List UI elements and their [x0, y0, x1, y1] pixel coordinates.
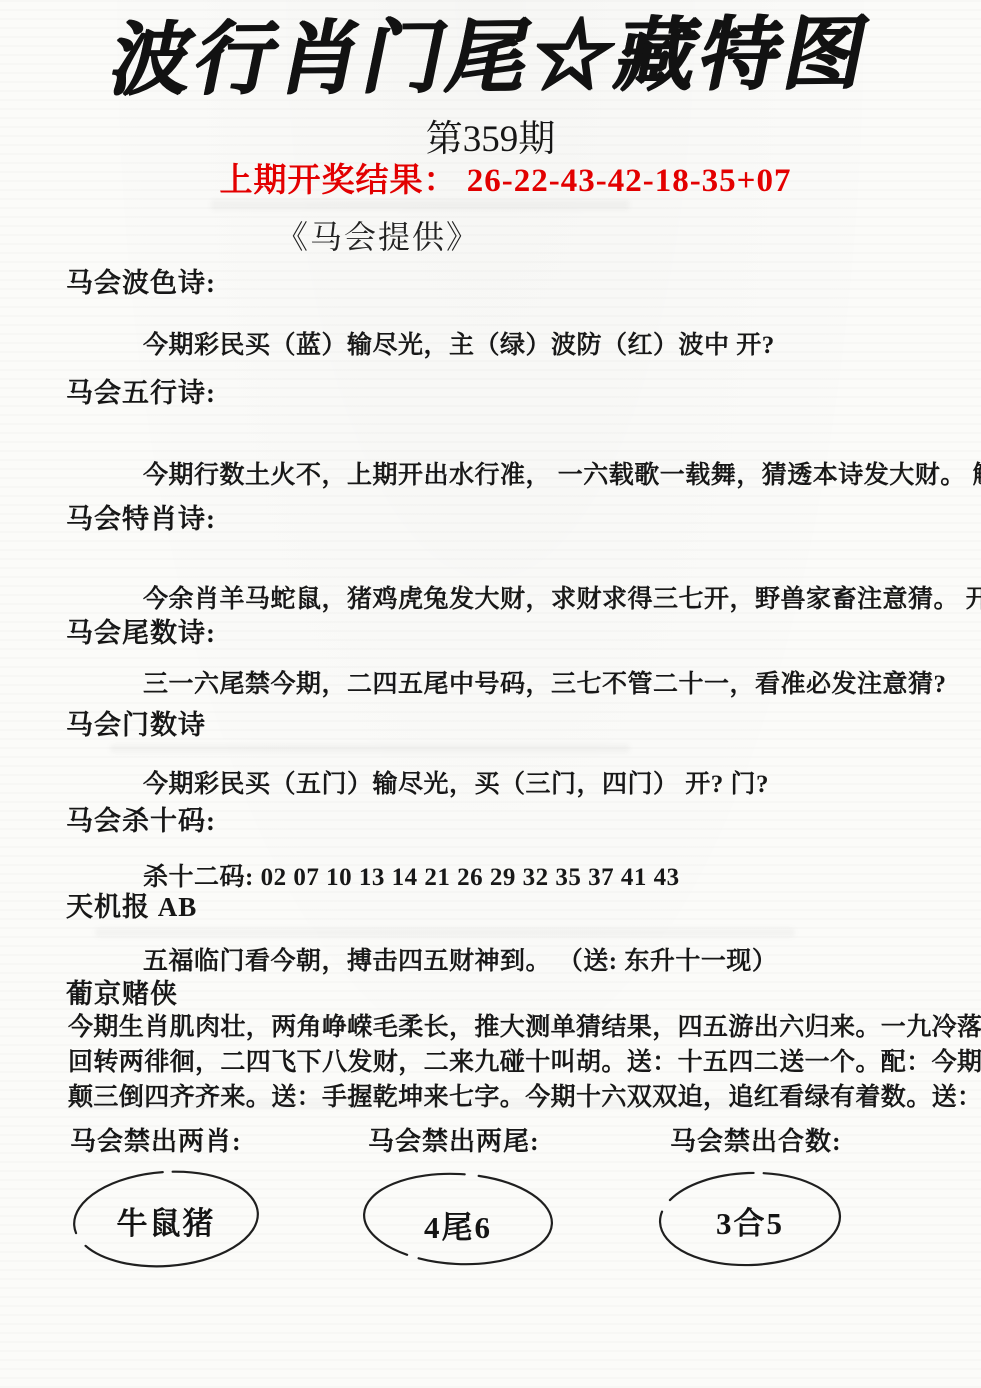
lottery-tip-sheet: 波行肖门尾☆藏特图 第359期 上期开奖结果： 26-22-43-42-18-3… — [0, 0, 981, 1388]
poem-special-zodiac: 今余肖羊马蛇鼠，猪鸡虎兔发大财，求财求得三七开，野兽家畜注意猜。 开? — [143, 579, 981, 615]
section-label-tail-number-poem: 马会尾数诗: — [66, 611, 216, 650]
ban-label-two-zodiacs: 马会禁出两肖: — [70, 1121, 242, 1158]
poem-wave-color: 今期彩民买（蓝）输尽光，主（绿）波防（红）波中 开? — [143, 325, 775, 361]
section-label-gate-number-poem: 马会门数诗 — [66, 703, 206, 742]
section-label-wave-color-poem: 马会波色诗: — [66, 261, 216, 300]
ban-value-two-zodiacs: 牛鼠猪 — [66, 1198, 266, 1243]
poem-five-elements: 今期行数土火不，上期开出水行准， 一六载歌一载舞，猜透本诗发大财。 解（?） — [143, 455, 981, 491]
scan-artifact — [110, 744, 630, 753]
scan-artifact — [95, 928, 795, 937]
ban-label-sum-number: 马会禁出合数: — [670, 1121, 842, 1158]
poem-gate-number: 今期彩民买（五门）输尽光，买（三门，四门） 开? 门? — [143, 764, 769, 800]
pujing-paragraph-line: 颠三倒四齐齐来。送：手握乾坤来七字。今期十六双双迫，追红看绿有着数。送：结果来红… — [68, 1077, 913, 1113]
section-label-five-elements-poem: 马会五行诗: — [66, 371, 216, 410]
ban-value-sum-number: 3合5 — [650, 1198, 850, 1243]
scan-artifact — [210, 200, 630, 210]
section-label-killed-codes: 马会杀十码: — [66, 799, 216, 838]
section-label-tianji-report: 天机报 AB — [66, 885, 197, 924]
pujing-paragraph-line: 今期生肖肌肉壮，两角峥嵘毛柔长，推大测单猜结果，四五游出六归来。一九冷落十旺开，… — [68, 1007, 913, 1043]
section-label-pujing-gambler: 葡京赌侠 — [66, 972, 178, 1011]
poem-tianji: 五福临门看今朝，搏击四五财神到。 （送: 东升十一现） — [143, 941, 777, 977]
last-draw-result: 上期开奖结果： 26-22-43-42-18-35+07 — [0, 154, 981, 201]
poem-tail-number: 三一六尾禁今期，二四五尾中号码，三七不管二十一，看准必发注意猜? — [143, 664, 947, 700]
ban-label-two-tails: 马会禁出两尾: — [368, 1121, 540, 1158]
sheet-title: 波行肖门尾☆藏特图 — [0, 12, 981, 105]
provider-note: 《马会提供》 — [276, 212, 480, 258]
ban-value-two-tails: 4尾6 — [358, 1202, 558, 1247]
killed-codes-list: 杀十二码: 02 07 10 13 14 21 26 29 32 35 37 4… — [143, 857, 680, 893]
pujing-paragraph-line: 回转两徘徊，二四飞下八发财，二来九碰十叫胡。送：十五四二送一个。配：今期特码二十… — [68, 1042, 913, 1078]
section-label-special-zodiac-poem: 马会特肖诗: — [66, 497, 216, 536]
